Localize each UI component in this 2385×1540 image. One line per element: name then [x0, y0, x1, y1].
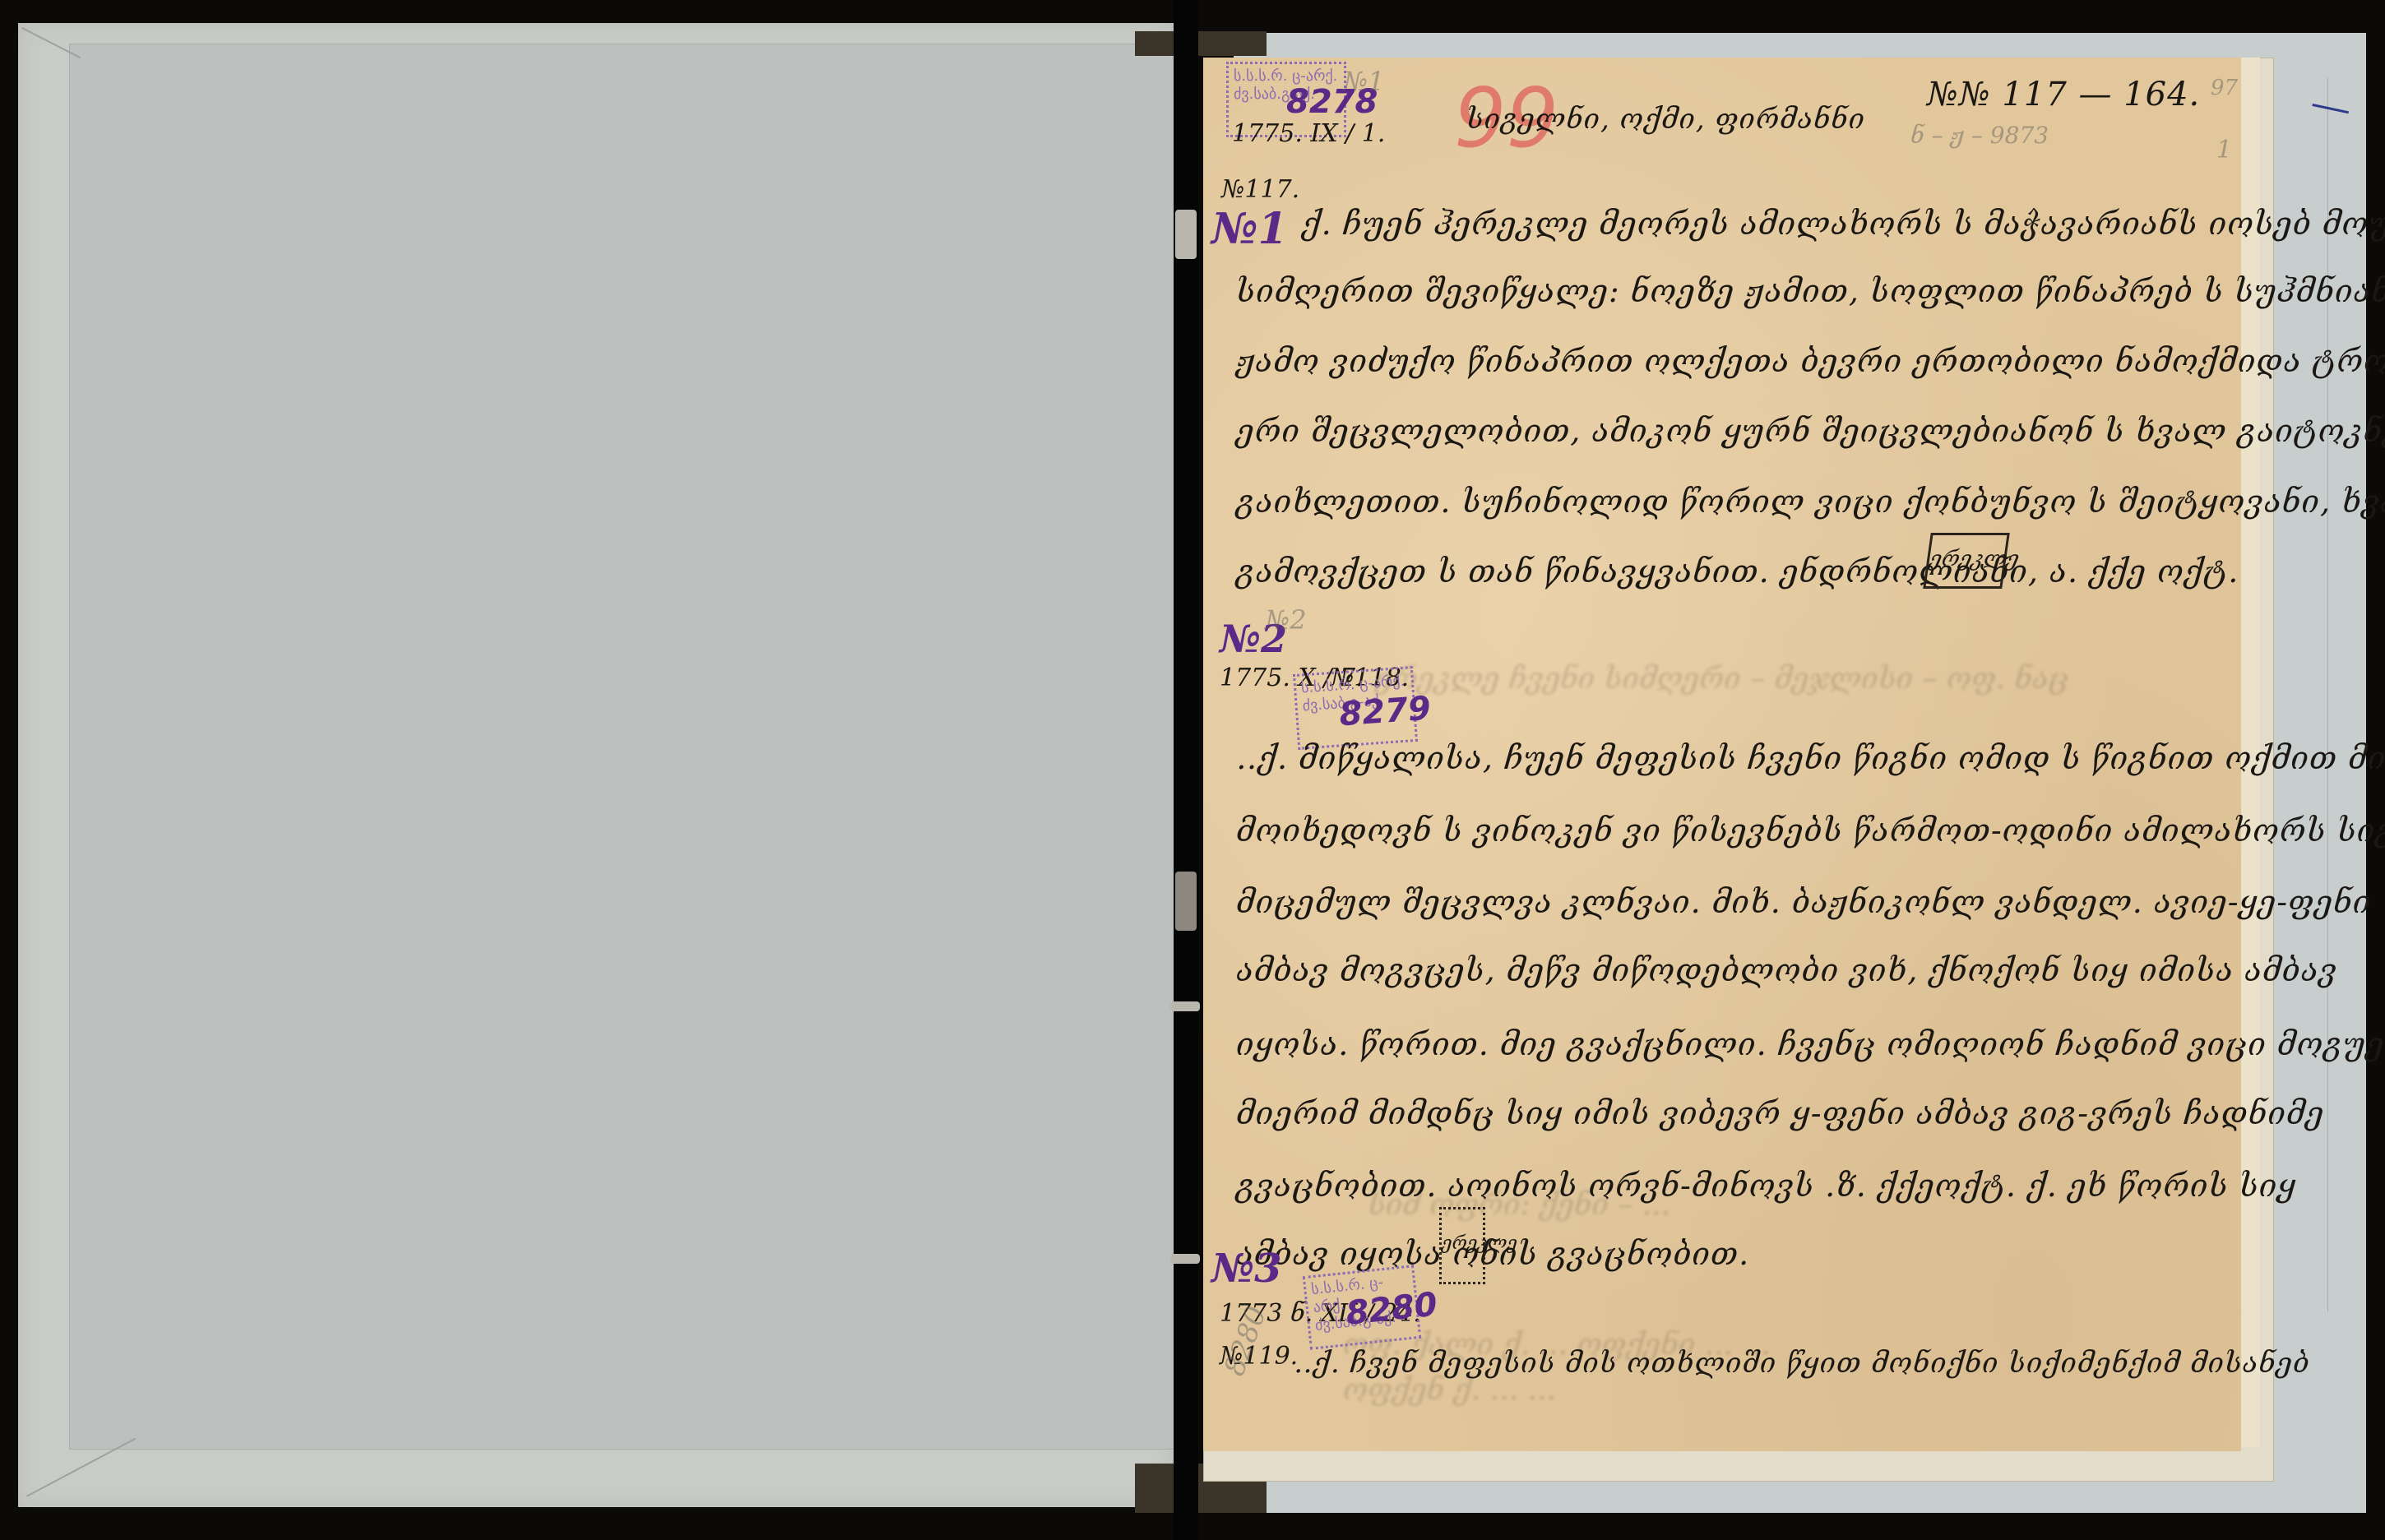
text-line: სიმღერით შევიწყალე: ნოეზე ჟამით, სოფლით … [1236, 273, 2385, 309]
purple-entry-number: №1 [1211, 204, 1288, 254]
binding-stitch [1170, 1254, 1200, 1264]
stamp-number: 8280 [1345, 1288, 1439, 1330]
text-line: ამბავ მოგვცეს, მეწვ მიწოდებლობი ვიხ, ქნო… [1236, 952, 2337, 988]
text-line: ერი შეცვლელობით, ამიკონ ყურნ შეიცვლებიან… [1236, 413, 2385, 449]
text-line: გამოვქცეთ ს თან წინავყვანით. ენდრნოლიანი… [1236, 553, 2239, 590]
entry-date: 1775. IX / 1. [1232, 119, 1385, 148]
text-line: ქ. ჩუენ ჰერეკლე მეორეს ამილახორს ს მაჭავ… [1302, 206, 2385, 242]
text-line: მოიხედოვნ ს ვინოკენ ვი წისევნებს წარმოთ-… [1236, 812, 2385, 849]
text-line: იყოსა. წორით. მიე გვაქცნილი. ჩვენც ომიღი… [1236, 1026, 2385, 1062]
left-cover-board [18, 23, 1174, 1507]
book-spine [1174, 0, 1198, 1540]
page-heading: სიგელნი, ოქმი, ფირმანნი [1466, 103, 1865, 136]
stamp-number: 8279 [1338, 692, 1432, 732]
purple-entry-number: №3 [1211, 1246, 1282, 1292]
text-line: მიერიმ მიმდნც სიყ იმის ვიბევრ ყ-ფენი ამბ… [1236, 1095, 2324, 1131]
spine-cloth [1135, 31, 1267, 56]
text-line: მიცემულ შეცვლვა კლნვაი. მიხ. ბაჟნიკონლ ვ… [1236, 884, 2371, 920]
binding-stitch [1170, 1001, 1200, 1011]
collection-range: №№ 117 — 164. [1927, 76, 2200, 113]
text-line: ‥ქ. მიწყალისა, ჩუენ მეფესის ჩვენი წიგნი … [1236, 740, 2385, 776]
pencil-folio-sub: 1 [2216, 136, 2232, 164]
manuscript-page: ერეკლე ჩვენი სიმღერი – მეჯლისი – ოფ. ნაც… [1203, 58, 2241, 1451]
bleed-through-text: ერეკლე ჩვენი სიმღერი – მეჯლისი – ოფ. ნაც [1376, 662, 2069, 696]
seal-signature-box: ერეკლე [1923, 533, 2010, 589]
archive-stamp: ს.ს.ს.რ. ც-არქ. ძვ.საბ.გ-აქ. 8280 [1303, 1265, 1422, 1350]
entry-doc-number: №117. [1221, 175, 1299, 204]
binding-stitch [1175, 210, 1197, 259]
pencil-folio: 97 [2211, 76, 2238, 100]
cover-paper-fold [2327, 78, 2353, 1311]
text-line: გვაცნობით. აოინოს ორვნ-მინოვს .ზ. ქქეოქტ… [1236, 1168, 2296, 1204]
text-line: ჟამო ვიძუქო წინაპრით ოლქეთა ბევრი ერთობი… [1236, 343, 2385, 379]
pencil-entry-number: №2 [1265, 604, 1307, 636]
text-line: ‥ქ. ჩვენ მეფესის მის ოთხლიში წყით მონიქნ… [1294, 1347, 2310, 1380]
seal-signature-box: ერეკლე [1439, 1207, 1485, 1284]
archive-stamp: ს.ს.ს.რ. ც-არქ. ძვ.საბ.გ-აქ. 8279 [1293, 666, 1418, 750]
binding-stitch [1175, 872, 1197, 931]
cover-paper-fold [69, 44, 1174, 1450]
pencil-note: ნ – ჟ – 9873 [1910, 122, 2049, 149]
text-line: გაიხლეთით. სუჩინოლიდ წორილ ვიცი ქონბუნვო… [1236, 483, 2385, 520]
pencil-entry-number: №1 [1343, 66, 1385, 97]
